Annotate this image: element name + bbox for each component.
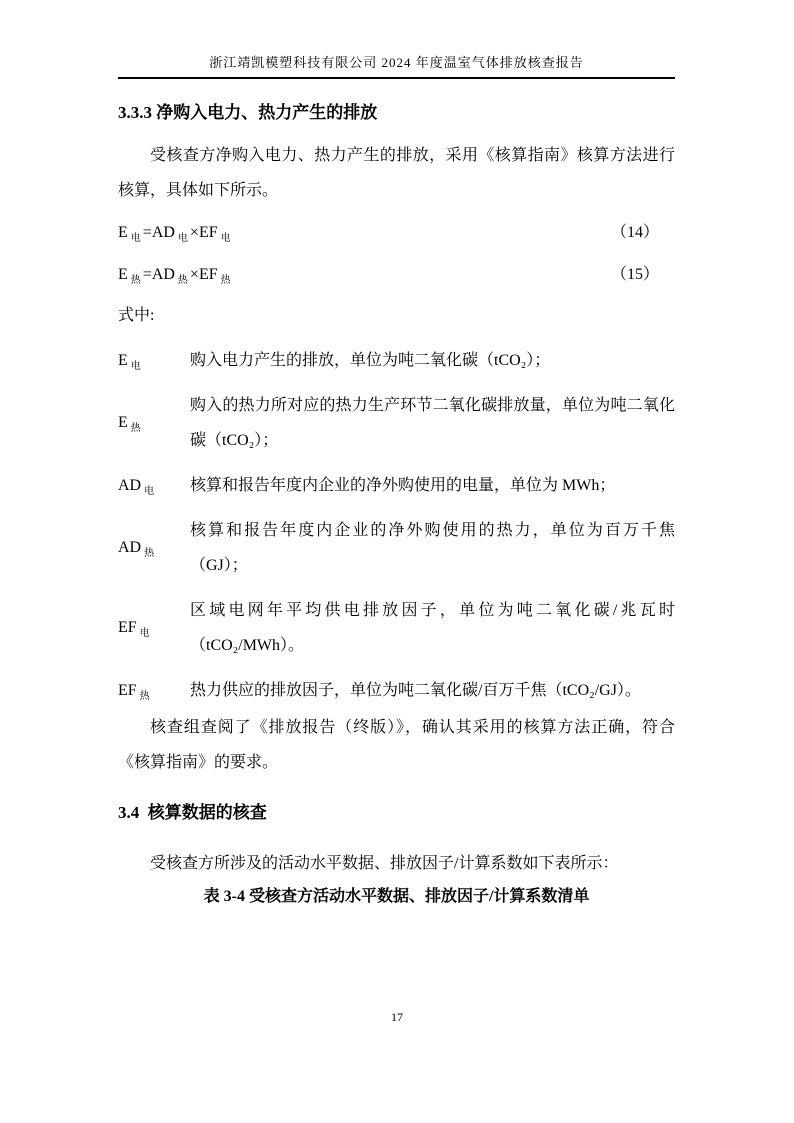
- equals-sign: =: [143, 224, 152, 241]
- page-header: 浙江靖凯模塑科技有限公司 2024 年度温室气体排放核查报告: [118, 52, 675, 79]
- definition-term: EF热: [118, 682, 190, 700]
- formula-15-number: （15）: [611, 257, 659, 292]
- formula-term: E: [118, 224, 128, 241]
- page-content: 3.3.3 净购入电力、热力产生的排放 受核查方净购入电力、热力产生的排放，采用…: [118, 102, 675, 909]
- intro-paragraph: 受核查方净购入电力、热力产生的排放，采用《核算指南》核算方法进行核算，具体如下所…: [118, 138, 675, 208]
- term-base: AD: [118, 477, 141, 494]
- definition-desc: 热力供应的排放因子，单位为吨二氧化碳/百万千焦（tCO₂/GJ）。: [190, 673, 675, 708]
- term-base: E: [118, 352, 128, 369]
- formula-14-expression: E电=AD电×EF电: [118, 224, 233, 241]
- formula-subscript: 电: [131, 233, 141, 244]
- term-subscript: 电: [144, 486, 154, 497]
- formula-15-expression: E热=AD热×EF热: [118, 266, 233, 283]
- formula-14-number: （14）: [611, 215, 659, 250]
- formula-subscript: 电: [221, 233, 231, 244]
- term-subscript: 热: [144, 548, 154, 559]
- page-number: 17: [0, 1010, 794, 1025]
- formula-term: EF: [199, 224, 218, 241]
- formula-term: EF: [199, 266, 218, 283]
- definition-list: E电 购入电力产生的排放，单位为吨二氧化碳（tCO₂）； E热 购入的热力所对应…: [118, 343, 675, 708]
- formula-14: E电=AD电×EF电 （14）: [118, 215, 675, 250]
- definition-desc: 购入电力产生的排放，单位为吨二氧化碳（tCO₂）；: [190, 343, 675, 378]
- formula-subscript: 电: [178, 233, 188, 244]
- formula-subscript: 热: [178, 275, 188, 286]
- definition-row-ef-elec: EF电 区域电网年平均供电排放因子，单位为吨二氧化碳/兆瓦时（tCO₂/MWh）…: [118, 593, 675, 663]
- term-base: EF: [118, 682, 137, 699]
- multiply-sign: ×: [190, 224, 199, 241]
- header-title: 浙江靖凯模塑科技有限公司 2024 年度温室气体排放核查报告: [209, 55, 584, 70]
- definition-desc: 区域电网年平均供电排放因子，单位为吨二氧化碳/兆瓦时（tCO₂/MWh）。: [190, 593, 675, 663]
- term-subscript: 热: [131, 423, 141, 434]
- formula-term: AD: [152, 224, 175, 241]
- definition-row-e-heat: E热 购入的热力所对应的热力生产环节二氧化碳排放量，单位为吨二氧化碳（tCO₂）…: [118, 388, 675, 458]
- section-heading-3-4: 3.4 核算数据的核查: [118, 802, 675, 824]
- term-subscript: 电: [140, 628, 150, 639]
- definition-desc: 购入的热力所对应的热力生产环节二氧化碳排放量，单位为吨二氧化碳（tCO₂）；: [190, 388, 675, 458]
- term-subscript: 电: [131, 361, 141, 372]
- term-base: EF: [118, 619, 137, 636]
- table-caption: 表 3-4 受核查方活动水平数据、排放因子/计算系数清单: [118, 885, 675, 909]
- definition-term: E热: [118, 414, 190, 432]
- term-base: AD: [118, 539, 141, 556]
- term-base: E: [118, 414, 128, 431]
- definition-row-ad-elec: AD电 核算和报告年度内企业的净外购使用的电量，单位为 MWh；: [118, 468, 675, 503]
- section-heading-3-3-3: 3.3.3 净购入电力、热力产生的排放: [118, 102, 675, 124]
- section-3-4-paragraph: 受核查方所涉及的活动水平数据、排放因子/计算系数如下表所示：: [118, 846, 675, 881]
- definition-row-ef-heat: EF热 热力供应的排放因子，单位为吨二氧化碳/百万千焦（tCO₂/GJ）。: [118, 673, 675, 708]
- definition-term: AD热: [118, 539, 190, 557]
- definition-desc: 核算和报告年度内企业的净外购使用的热力，单位为百万千焦（GJ）；: [190, 513, 675, 583]
- definition-desc: 核算和报告年度内企业的净外购使用的电量，单位为 MWh；: [190, 468, 675, 503]
- definition-row-ad-heat: AD热 核算和报告年度内企业的净外购使用的热力，单位为百万千焦（GJ）；: [118, 513, 675, 583]
- definition-row-e-elec: E电 购入电力产生的排放，单位为吨二氧化碳（tCO₂）；: [118, 343, 675, 378]
- definition-term: AD电: [118, 477, 190, 495]
- definition-term: E电: [118, 352, 190, 370]
- equals-sign: =: [143, 266, 152, 283]
- formula-term: E: [118, 266, 128, 283]
- formula-subscript: 热: [131, 275, 141, 286]
- term-subscript: 热: [140, 691, 150, 702]
- formula-term: AD: [152, 266, 175, 283]
- where-label: 式中:: [118, 298, 675, 333]
- conclusion-paragraph: 核查组查阅了《排放报告（终版）》，确认其采用的核算方法正确，符合《核算指南》的要…: [118, 710, 675, 780]
- document-page: 浙江靖凯模塑科技有限公司 2024 年度温室气体排放核查报告 3.3.3 净购入…: [0, 0, 794, 1123]
- definition-term: EF电: [118, 619, 190, 637]
- multiply-sign: ×: [190, 266, 199, 283]
- formula-15: E热=AD热×EF热 （15）: [118, 257, 675, 292]
- formula-subscript: 热: [221, 275, 231, 286]
